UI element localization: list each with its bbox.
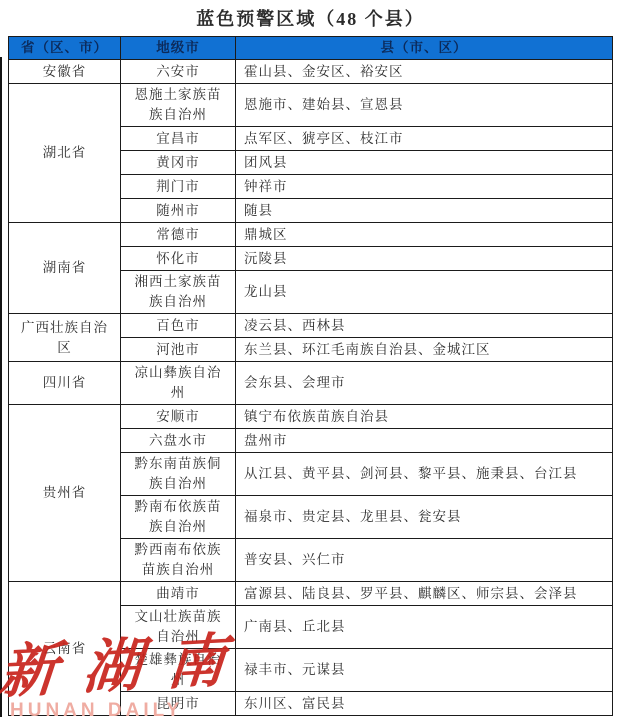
cell-city: 百色市 bbox=[121, 314, 236, 338]
cell-counties: 龙山县 bbox=[236, 271, 613, 314]
table-row: 广西壮族自治区 百色市 凌云县、西林县 bbox=[9, 314, 613, 338]
cell-province: 湖南省 bbox=[9, 223, 121, 314]
cell-province: 广西壮族自治区 bbox=[9, 314, 121, 362]
cell-city: 文山壮族苗族自治州 bbox=[121, 606, 236, 649]
cell-province: 四川省 bbox=[9, 362, 121, 405]
cell-city: 怀化市 bbox=[121, 247, 236, 271]
cell-city: 凉山彝族自治州 bbox=[121, 362, 236, 405]
cell-province: 安徽省 bbox=[9, 60, 121, 84]
cell-counties: 福泉市、贵定县、龙里县、瓮安县 bbox=[236, 496, 613, 539]
cell-counties: 霍山县、金安区、裕安区 bbox=[236, 60, 613, 84]
cell-counties: 随县 bbox=[236, 199, 613, 223]
cell-counties: 从江县、黄平县、剑河县、黎平县、施秉县、台江县 bbox=[236, 453, 613, 496]
cell-city: 安顺市 bbox=[121, 405, 236, 429]
blue-warning-table: 省（区、市） 地级市 县（市、区） 安徽省 六安市 霍山县、金安区、裕安区 湖北… bbox=[8, 36, 613, 716]
cell-city: 曲靖市 bbox=[121, 582, 236, 606]
header-province: 省（区、市） bbox=[9, 37, 121, 60]
table-row: 云南省 曲靖市 富源县、陆良县、罗平县、麒麟区、师宗县、会泽县 bbox=[9, 582, 613, 606]
cell-counties: 点军区、猇亭区、枝江市 bbox=[236, 127, 613, 151]
cell-city: 荆门市 bbox=[121, 175, 236, 199]
cell-counties: 广南县、丘北县 bbox=[236, 606, 613, 649]
cell-city: 恩施土家族苗族自治州 bbox=[121, 84, 236, 127]
cell-counties: 团风县 bbox=[236, 151, 613, 175]
screenshot-root: 蓝色预警区域（48 个县） 省（区、市） 地级市 县（市、区） 安徽省 六安市 … bbox=[0, 0, 624, 726]
cell-city: 黔南布依族苗族自治州 bbox=[121, 496, 236, 539]
table-row: 贵州省 安顺市 镇宁布依族苗族自治县 bbox=[9, 405, 613, 429]
header-city: 地级市 bbox=[121, 37, 236, 60]
cell-counties: 沅陵县 bbox=[236, 247, 613, 271]
cell-city: 湘西土家族苗族自治州 bbox=[121, 271, 236, 314]
cell-counties: 富源县、陆良县、罗平县、麒麟区、师宗县、会泽县 bbox=[236, 582, 613, 606]
cell-counties: 鼎城区 bbox=[236, 223, 613, 247]
cell-counties: 恩施市、建始县、宣恩县 bbox=[236, 84, 613, 127]
cell-city: 黔西南布依族苗族自治州 bbox=[121, 539, 236, 582]
left-edge-line bbox=[0, 57, 2, 717]
cell-counties: 盘州市 bbox=[236, 429, 613, 453]
cell-city: 黄冈市 bbox=[121, 151, 236, 175]
table-row: 湖南省 常德市 鼎城区 bbox=[9, 223, 613, 247]
cell-counties: 会东县、会理市 bbox=[236, 362, 613, 405]
cell-counties: 禄丰市、元谋县 bbox=[236, 649, 613, 692]
cell-counties: 镇宁布依族苗族自治县 bbox=[236, 405, 613, 429]
cell-counties: 凌云县、西林县 bbox=[236, 314, 613, 338]
cell-city: 楚雄彝族自治州 bbox=[121, 649, 236, 692]
header-county: 县（市、区） bbox=[236, 37, 613, 60]
cell-counties: 东川区、富民县 bbox=[236, 692, 613, 716]
cell-counties: 钟祥市 bbox=[236, 175, 613, 199]
cell-city: 黔东南苗族侗族自治州 bbox=[121, 453, 236, 496]
cell-province: 贵州省 bbox=[9, 405, 121, 582]
cell-city: 六安市 bbox=[121, 60, 236, 84]
cell-city: 宜昌市 bbox=[121, 127, 236, 151]
cell-city: 六盘水市 bbox=[121, 429, 236, 453]
table-row: 湖北省 恩施土家族苗族自治州 恩施市、建始县、宣恩县 bbox=[9, 84, 613, 127]
cell-counties: 东兰县、环江毛南族自治县、金城江区 bbox=[236, 338, 613, 362]
table-row: 四川省 凉山彝族自治州 会东县、会理市 bbox=[9, 362, 613, 405]
cell-city: 昆明市 bbox=[121, 692, 236, 716]
cell-province: 云南省 bbox=[9, 582, 121, 716]
page-title: 蓝色预警区域（48 个县） bbox=[8, 5, 613, 31]
table-row: 安徽省 六安市 霍山县、金安区、裕安区 bbox=[9, 60, 613, 84]
cell-province: 湖北省 bbox=[9, 84, 121, 223]
cell-city: 河池市 bbox=[121, 338, 236, 362]
cell-counties: 普安县、兴仁市 bbox=[236, 539, 613, 582]
table-header-row: 省（区、市） 地级市 县（市、区） bbox=[9, 37, 613, 60]
cell-city: 常德市 bbox=[121, 223, 236, 247]
cell-city: 随州市 bbox=[121, 199, 236, 223]
